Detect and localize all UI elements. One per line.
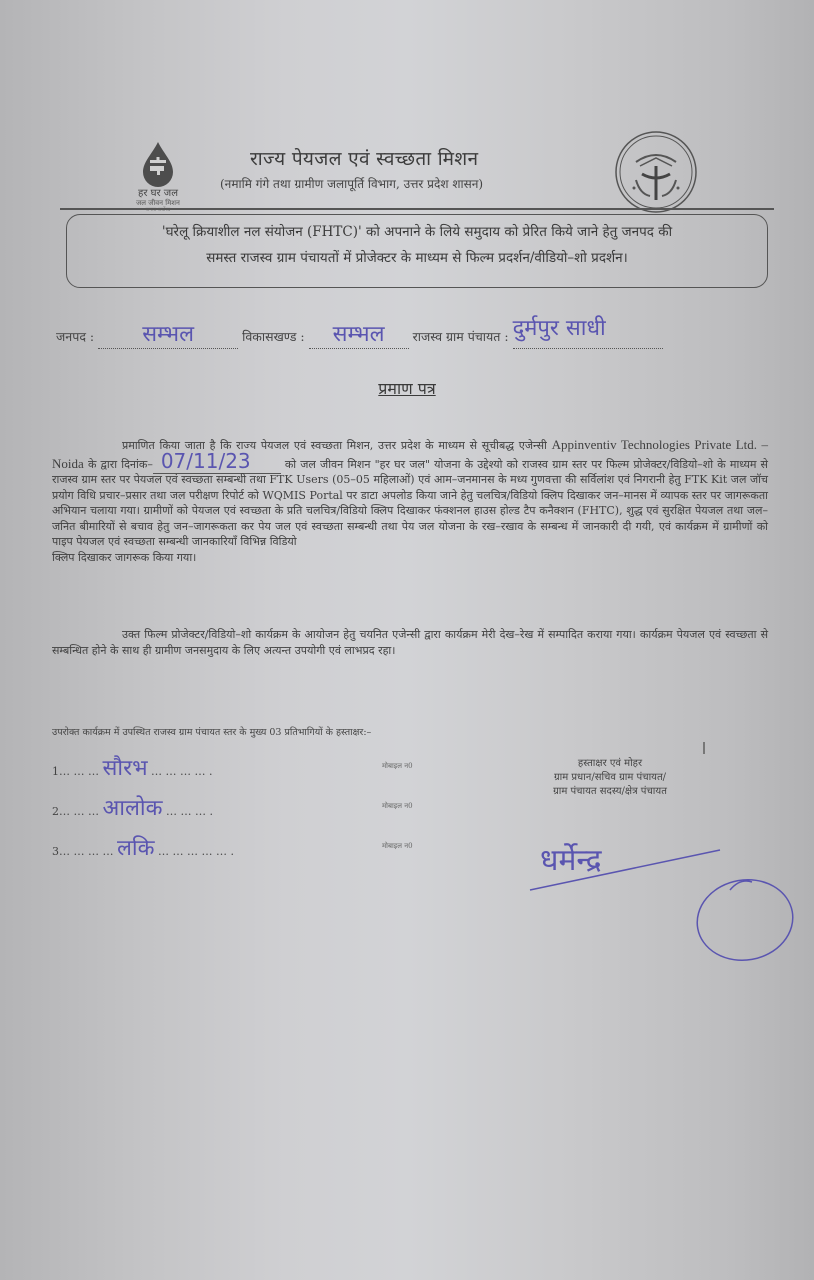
official-line2: ग्राम प्रधान/सचिव ग्राम पंचायत/ bbox=[500, 771, 720, 785]
participant-row: 2… … … आलोक … … … . मोबाइल न0 bbox=[52, 792, 213, 822]
official-signature-text: धर्मेन्द्र bbox=[540, 843, 603, 878]
mobile-label: मोबाइल न0 bbox=[382, 762, 413, 771]
panchayat-label: राजस्व ग्राम पंचायत : bbox=[413, 329, 509, 344]
participant-signature: सौरभ bbox=[103, 756, 148, 781]
panchayat-value: दुर्मपुर साधी bbox=[513, 316, 606, 341]
official-signature-block: हस्ताक्षर एवं मोहर ग्राम प्रधान/सचिव ग्र… bbox=[500, 757, 720, 799]
panchayat-field: दुर्मपुर साधी bbox=[513, 318, 663, 349]
ink-mark bbox=[703, 742, 705, 754]
participant-number: 2 bbox=[52, 805, 59, 818]
certificate-paragraph-1: प्रमाणित किया जाता है कि राज्य पेयजल एवं… bbox=[52, 437, 768, 565]
certificate-title: प्रमाण पत्र bbox=[0, 377, 814, 399]
district-value: सम्भल bbox=[142, 322, 194, 347]
para1-text-c: को जल जीवन मिशन "हर घर जल" योजना के उद्द… bbox=[52, 458, 768, 549]
logo-line2: जल जीवन मिशन bbox=[128, 199, 188, 207]
block-label: विकासखण्ड : bbox=[242, 329, 305, 344]
event-date: 07/11/23 bbox=[153, 449, 281, 474]
certificate-document: हर घर जल जल जीवन मिशन जनता सर्वोच्च राज्… bbox=[0, 0, 814, 1280]
official-line3: ग्राम पंचायत सदस्य/क्षेत्र पंचायत bbox=[500, 785, 720, 799]
participant-row: 1… … … सौरभ … … … … . मोबाइल न0 bbox=[52, 752, 213, 782]
location-fields: जनपद : सम्भल विकासखण्ड : सम्भल राजस्व ग्… bbox=[56, 318, 663, 349]
participant-signature: लकि bbox=[117, 836, 155, 861]
participants-intro: उपरोक्त कार्यक्रम में उपस्थित राजस्व ग्र… bbox=[52, 726, 422, 739]
mobile-label: मोबाइल न0 bbox=[382, 802, 413, 811]
header-subtitle: (नमामि गंगे तथा ग्रामीण जलापूर्ति विभाग,… bbox=[220, 175, 483, 192]
para1-text-b: के द्वारा दिनांक– bbox=[84, 458, 153, 471]
para1-text-d: क्लिप दिखाकर जागरूक किया गया। bbox=[52, 551, 196, 564]
har-ghar-jal-logo: हर घर जल जल जीवन मिशन जनता सर्वोच्च bbox=[128, 140, 188, 213]
subject-line1: 'घरेलू क्रियाशील नल संयोजन (FHTC)' को अप… bbox=[67, 219, 767, 245]
official-line1: हस्ताक्षर एवं मोहर bbox=[500, 757, 720, 771]
subject-box: 'घरेलू क्रियाशील नल संयोजन (FHTC)' को अप… bbox=[66, 214, 768, 288]
header-title: राज्य पेयजल एवं स्वच्छता मिशन bbox=[250, 145, 478, 171]
block-field: सम्भल bbox=[309, 318, 409, 349]
block-value: सम्भल bbox=[333, 322, 385, 347]
uttar-pradesh-government-emblem-icon bbox=[614, 130, 698, 214]
participant-signature: आलोक bbox=[103, 796, 163, 821]
participant-number: 3 bbox=[52, 845, 59, 858]
official-signature: धर्मेन्द्र bbox=[520, 820, 800, 970]
district-field: सम्भल bbox=[98, 318, 238, 349]
water-drop-tap-icon bbox=[140, 140, 176, 188]
participant-number: 1 bbox=[52, 765, 59, 778]
header-divider bbox=[60, 208, 774, 210]
logo-line1: हर घर जल bbox=[128, 188, 188, 199]
certificate-paragraph-2: उक्त फिल्म प्रोजेक्टर/विडियो–शो कार्यक्र… bbox=[52, 627, 768, 658]
district-label: जनपद : bbox=[56, 329, 94, 344]
mobile-label: मोबाइल न0 bbox=[382, 842, 413, 851]
participant-row: 3… … … … लकि … … … … … . मोबाइल न0 bbox=[52, 832, 234, 862]
subject-line2: समस्त राजस्व ग्राम पंचायतों में प्रोजेक्… bbox=[67, 245, 767, 271]
